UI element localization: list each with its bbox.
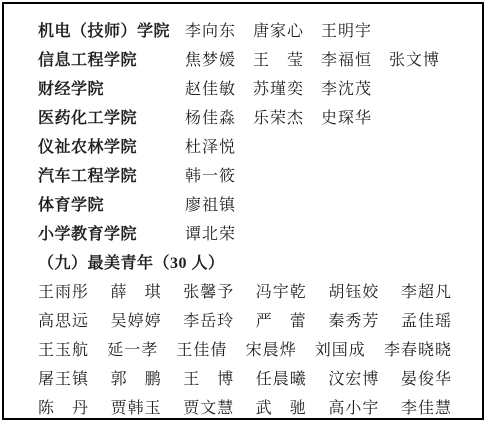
person-name: 任晨曦 [256,365,307,394]
college-name: 仪祉农林学院 [38,133,185,162]
person-name: 屠王镇 [38,365,89,394]
person-name: 李春晓晓 [384,336,452,365]
college-row: 信息工程学院焦梦媛王 莹李福恒张文博 [38,46,452,75]
college-award-list: 机电（技师）学院李向东唐家心王明宇信息工程学院焦梦媛王 莹李福恒张文博财经学院赵… [38,17,452,249]
person-name: 高思远 [38,307,89,336]
person-name: 乐荣杰 [253,110,304,127]
person-name: 杜泽悦 [185,139,236,156]
youth-row: 王雨彤薛 琪张馨予冯宇乾胡钰姣李超凡 [38,278,452,307]
college-winner-names: 廖祖镇 [185,191,236,220]
person-name: 郭 鹏 [111,365,162,394]
college-row: 体育学院廖祖镇 [38,191,452,220]
person-name: 延一孝 [107,336,158,365]
person-name: 王明宇 [321,23,372,40]
college-name: 汽车工程学院 [38,162,185,191]
college-name: 机电（技师）学院 [38,17,185,46]
section-header: （九）最美青年（30 人） [38,249,452,278]
person-name: 李岳玲 [183,307,234,336]
college-name: 小学教育学院 [38,220,185,249]
person-name: 晏俊华 [401,365,452,394]
person-name: 宋晨烨 [246,336,297,365]
college-winner-names: 谭北荣 [185,220,236,249]
person-name: 严 蕾 [256,307,307,336]
person-name: 韩一筱 [185,168,236,185]
person-name: 汶宏博 [328,365,379,394]
person-name: 张文博 [389,52,440,69]
person-name: 王 博 [183,365,234,394]
person-name: 苏瑾奕 [253,81,304,98]
college-winner-names: 杜泽悦 [185,133,236,162]
document-page: 机电（技师）学院李向东唐家心王明宇信息工程学院焦梦媛王 莹李福恒张文博财经学院赵… [2,2,484,420]
college-name: 医药化工学院 [38,104,185,133]
college-row: 汽车工程学院韩一筱 [38,162,452,191]
person-name: 高小宇 [328,394,379,420]
youth-row: 高思远吴婷婷李岳玲严 蕾秦秀芳孟佳瑶 [38,307,452,336]
college-winner-names: 赵佳敏苏瑾奕李沈茂 [185,75,372,104]
college-winner-names: 焦梦媛王 莹李福恒张文博 [185,46,440,75]
college-row: 医药化工学院杨佳淼乐荣杰史琛华 [38,104,452,133]
college-row: 财经学院赵佳敏苏瑾奕李沈茂 [38,75,452,104]
person-name: 李向东 [185,23,236,40]
college-row: 仪祉农林学院杜泽悦 [38,133,452,162]
person-name: 王 莹 [253,52,304,69]
person-name: 贾韩玉 [111,394,162,420]
person-name: 贾文慧 [183,394,234,420]
youth-row: 屠王镇郭 鹏王 博任晨曦汶宏博晏俊华 [38,365,452,394]
person-name: 吴婷婷 [111,307,162,336]
person-name: 杨佳淼 [185,110,236,127]
youth-row: 陈 丹贾韩玉贾文慧武 驰高小宇李佳慧 [38,394,452,420]
person-name: 史琛华 [321,110,372,127]
person-name: 秦秀芳 [328,307,379,336]
person-name: 冯宇乾 [256,278,307,307]
person-name: 谭北荣 [185,226,236,243]
college-name: 财经学院 [38,75,185,104]
person-name: 刘国成 [315,336,366,365]
person-name: 李佳慧 [401,394,452,420]
college-name: 信息工程学院 [38,46,185,75]
youth-row: 王玉航延一孝王佳倩宋晨烨刘国成李春晓晓 [38,336,452,365]
person-name: 王玉航 [38,336,89,365]
person-name: 李福恒 [321,52,372,69]
person-name: 赵佳敏 [185,81,236,98]
person-name: 胡钰姣 [328,278,379,307]
person-name: 唐家心 [253,23,304,40]
person-name: 李沈茂 [321,81,372,98]
college-row: 小学教育学院谭北荣 [38,220,452,249]
college-winner-names: 杨佳淼乐荣杰史琛华 [185,104,372,133]
person-name: 焦梦媛 [185,52,236,69]
person-name: 张馨予 [183,278,234,307]
college-name: 体育学院 [38,191,185,220]
person-name: 武 驰 [256,394,307,420]
person-name: 李超凡 [401,278,452,307]
college-row: 机电（技师）学院李向东唐家心王明宇 [38,17,452,46]
person-name: 廖祖镇 [185,197,236,214]
person-name: 薛 琪 [111,278,162,307]
college-winner-names: 李向东唐家心王明宇 [185,17,372,46]
person-name: 王佳倩 [176,336,227,365]
person-name: 孟佳瑶 [401,307,452,336]
college-winner-names: 韩一筱 [185,162,236,191]
person-name: 陈 丹 [38,394,89,420]
person-name: 王雨彤 [38,278,89,307]
youth-name-grid: 王雨彤薛 琪张馨予冯宇乾胡钰姣李超凡高思远吴婷婷李岳玲严 蕾秦秀芳孟佳瑶王玉航延… [38,278,452,420]
